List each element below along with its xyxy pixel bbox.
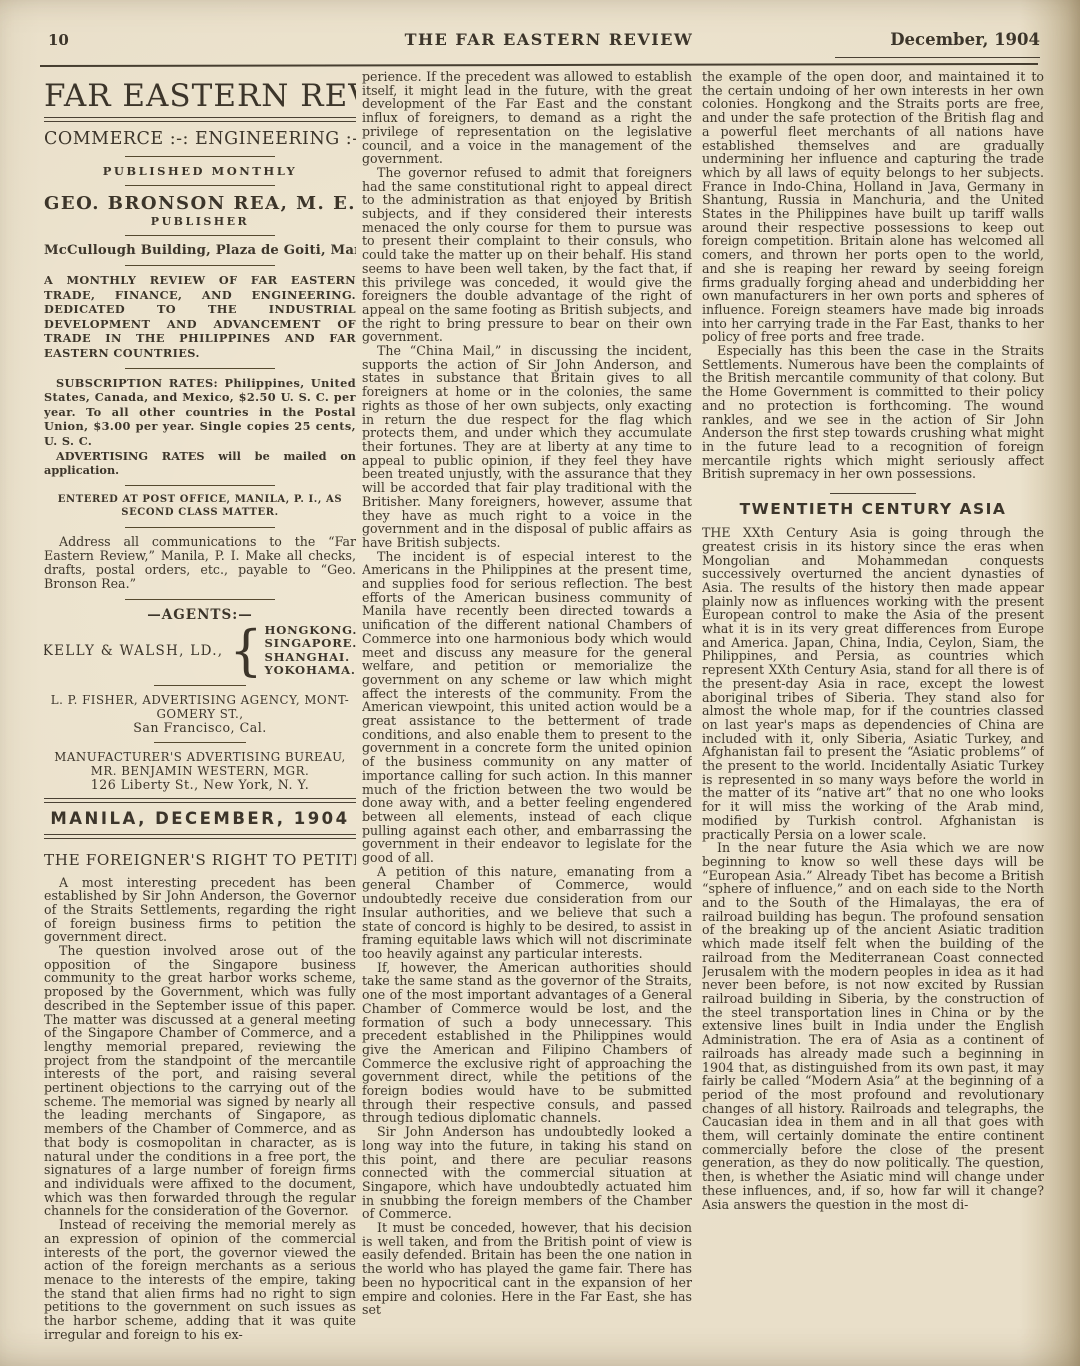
mission-statement: A MONTHLY REVIEW OF FAR EASTERN TRADE, F… [44,273,356,361]
divider [44,834,356,839]
scanned-magazine-page: 10 THE FAR EASTERN REVIEW December, 1904… [0,0,1080,1366]
agent-firm: KELLY & WALSH, LD., [44,643,223,659]
paragraph: THE XXth Century Asia is going through t… [702,526,1044,841]
paragraph: perience. If the precedent was allowed t… [362,70,692,166]
paragraph: The governor refused to admit that forei… [362,166,692,344]
subscription-rates: SUBSCRIPTION RATES: Philippines, United … [44,376,356,449]
brace-glyph: { [229,623,262,678]
divider [125,485,275,486]
running-head: 10 THE FAR EASTERN REVIEW December, 1904 [48,30,1040,49]
divider [44,798,356,803]
divider [125,265,275,266]
divider [835,57,1040,58]
publisher-title: PUBLISHER [44,215,356,228]
divider [154,742,246,743]
publisher-name: GEO. BRONSON REA, M. E. [44,193,356,214]
communications-notice: Address all communications to the “Far E… [44,535,356,592]
advertising-bureau-line: 126 Liberty St., New York, N. Y. [44,778,356,792]
divider [125,185,275,186]
published-monthly: PUBLISHED MONTHLY [44,164,356,178]
agents-entry: KELLY & WALSH, LD., { HONGKONG. SINGAPOR… [44,624,356,678]
divider [154,685,246,686]
paragraph: The incident is of especial interest to … [362,550,692,865]
agent-cities: HONGKONG. SINGAPORE. SHANGHAI. YOKOHAMA. [265,624,357,678]
paragraph: A most interesting precedent has been es… [44,876,356,945]
running-head-date: December, 1904 [790,30,1040,49]
publisher-address: McCullough Building, Plaza de Goiti, Man… [44,243,356,258]
masthead-title: FAR EASTERN REVIEW [44,78,356,114]
paragraph: the example of the open door, and mainta… [702,70,1044,344]
divider [125,599,275,600]
paragraph: In the near future the Asia which we are… [702,841,1044,1211]
divider [125,235,275,236]
agent-fisher: L. P. FISHER, ADVERTISING AGENCY, MONT- … [44,693,356,735]
left-column: FAR EASTERN REVIEW COMMERCE :-: ENGINEER… [44,76,356,1352]
agent-fisher-line: GOMERY ST., [44,707,356,721]
advertising-bureau-line: MANUFACTURER'S ADVERTISING BUREAU, [44,750,356,764]
divider [125,527,275,528]
masthead-subtitle: COMMERCE :-: ENGINEERING :-: FINANCE [44,129,356,149]
paragraph: A petition of this nature, emanating fro… [362,865,692,961]
issue-line: MANILA, DECEMBER, 1904 [44,809,356,828]
paragraph: If, however, the American authorities sh… [362,961,692,1125]
running-head-title: THE FAR EASTERN REVIEW [188,30,790,49]
advertising-bureau: MANUFACTURER'S ADVERTISING BUREAU, MR. B… [44,750,356,792]
divider [125,368,275,369]
page-number: 10 [48,31,188,49]
agent-city: YOKOHAMA. [265,664,357,678]
agent-fisher-line: San Francisco, Cal. [44,721,356,735]
divider [830,493,916,494]
agents-heading: —AGENTS:— [44,607,356,623]
paragraph: Especially has this been the case in the… [702,344,1044,481]
postal-entry-notice: ENTERED AT POST OFFICE, MANILA, P. I., A… [54,493,346,520]
paragraph: The question involved arose out of the o… [44,944,356,1218]
agent-fisher-line: L. P. FISHER, ADVERTISING AGENCY, MONT- [44,693,356,707]
article-title-asia: TWENTIETH CENTURY ASIA [702,500,1044,518]
paragraph: The “China Mail,” in discussing the inci… [362,344,692,550]
middle-column: perience. If the precedent was allowed t… [362,70,692,1352]
advertising-rates: ADVERTISING RATES will be mailed on appl… [44,449,356,478]
paragraph: Instead of receiving the memorial merely… [44,1218,356,1341]
agent-city: SINGAPORE. [265,637,357,651]
advertising-bureau-line: MR. BENJAMIN WESTERN, MGR. [44,764,356,778]
paragraph: It must be conceded, however, that his d… [362,1221,692,1317]
divider [125,156,275,157]
divider [40,63,1038,67]
divider [44,117,356,122]
agent-city: SHANGHAI. [265,651,357,665]
article-title-petition: THE FOREIGNER'S RIGHT TO PETITION [44,851,356,869]
issue-band: MANILA, DECEMBER, 1904 [44,798,356,839]
agent-city: HONGKONG. [265,624,357,638]
paragraph: Sir John Anderson has undoubtedly looked… [362,1125,692,1221]
right-column: the example of the open door, and mainta… [702,70,1044,1352]
